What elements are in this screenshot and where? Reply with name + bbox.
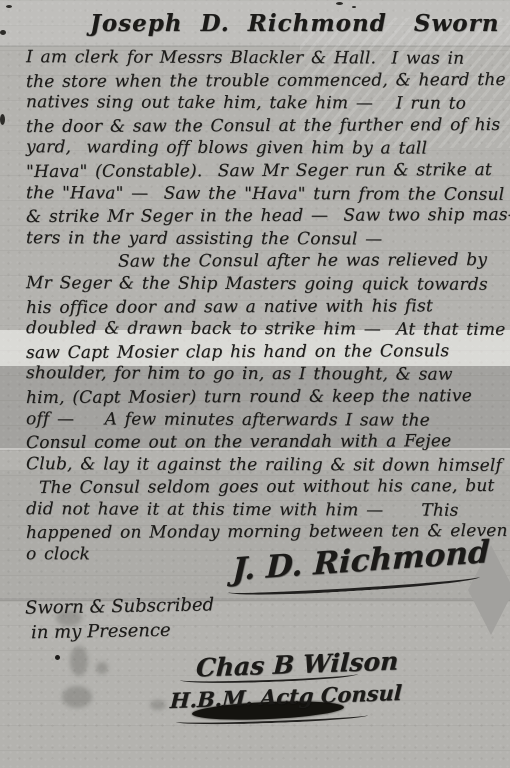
handwritten-line: Consul come out on the verandah with a F… [26, 430, 496, 455]
handwritten-line: ters in the yard assisting the Consul — [26, 227, 496, 251]
handwritten-line: Mr Seger & the Ship Masters going quick … [26, 272, 496, 296]
scanned-deposition-page: Joseph D. Richmond Sworn I am clerk for … [0, 0, 510, 768]
handwritten-line: Club, & lay it against the railing & sit… [26, 453, 496, 477]
attestation-line: in my Presence [31, 620, 171, 643]
attestation-line: Sworn & Subscribed [25, 594, 214, 618]
handwritten-line: did not have it at this time with him — … [26, 498, 496, 522]
ink-smudge [62, 686, 92, 708]
handwritten-line: his office door and saw a native with hi… [26, 295, 496, 320]
handwritten-testimony: Joseph D. Richmond Sworn I am clerk for … [0, 0, 510, 567]
handwritten-line: the store when the trouble commenced, & … [26, 69, 496, 94]
handwritten-line: yard, warding off blows given him by a t… [26, 137, 496, 161]
witness-title: H.B.M. Actg Consul [169, 680, 402, 713]
handwritten-line: "Hava" (Constable). Saw Mr Seger run & s… [26, 159, 496, 184]
handwritten-line: I am clerk for Messrs Blackler & Hall. I… [26, 46, 496, 70]
handwritten-line: natives sing out take him, take him — I … [26, 91, 496, 115]
ink-smudge [70, 646, 88, 676]
handwritten-line: The Consul seldom goes out without his c… [26, 475, 496, 500]
handwritten-line: & strike Mr Seger in the head — Saw two … [26, 204, 496, 229]
handwritten-line: saw Capt Mosier clap his hand on the Con… [26, 340, 496, 365]
ink-smudge [150, 700, 166, 710]
handwritten-line: him, (Capt Mosier) turn round & keep the… [26, 385, 496, 410]
handwritten-line: Saw the Consul after he was relieved by [26, 249, 496, 274]
handwritten-line: the door & saw the Consul at the further… [26, 114, 496, 139]
ink-smudge [96, 662, 108, 674]
handwritten-line: shoulder, for him to go in, as I thought… [26, 362, 496, 386]
handwritten-line: off — A few minutes afterwards I saw the [26, 408, 496, 432]
ink-dot [55, 655, 60, 660]
document-title: Joseph D. Richmond Sworn [26, 10, 496, 47]
handwritten-line: doubled & drawn back to strike him — At … [26, 317, 496, 341]
handwritten-line: the "Hava" — Saw the "Hava" turn from th… [26, 182, 496, 206]
